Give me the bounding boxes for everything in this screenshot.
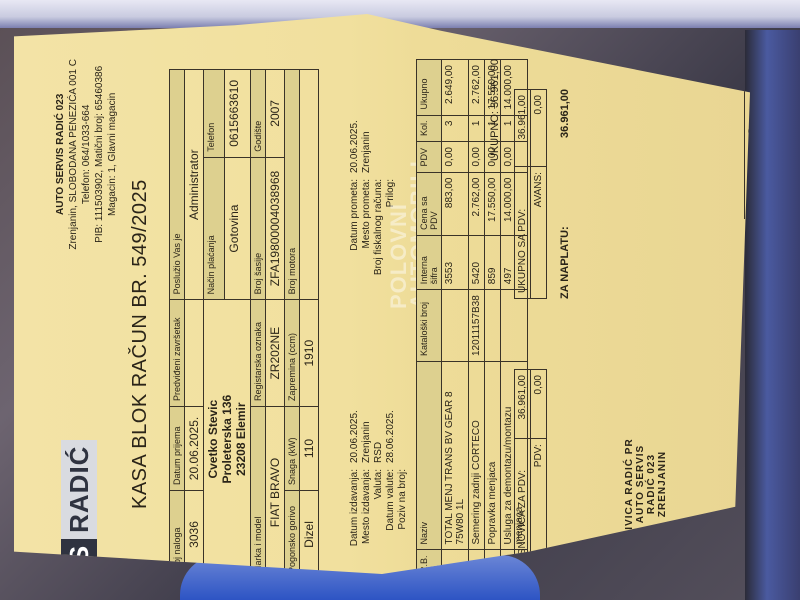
label-pogonsko-gorivo: Pogonsko gorivo [285, 490, 300, 578]
datum-valute-label: Datum valute: [385, 463, 397, 559]
receipt-paper: AS RADIĆ AUTO SERVIS RADIĆ 023 Zrenjanin… [14, 14, 750, 574]
telefon: 0615663610 [224, 70, 250, 158]
document-title: KASA BLOK RAČUN BR. 549/2025 [129, 179, 152, 509]
broj-motora [300, 70, 319, 300]
label-snaga: Snaga (kW) [285, 407, 300, 491]
col-ukupno: Ukupno [417, 60, 442, 116]
items-table: R.B. Naziv Kataloški broj Interna šifra … [416, 59, 528, 579]
pdv: 0,00 [442, 142, 469, 172]
pdv-value: 0,00 [531, 370, 547, 439]
company-info: AUTO SERVIS RADIĆ 023 Zrenjanin, SLOBODA… [54, 59, 119, 250]
company-address: Zrenjanin, SLOBODANA PENEZIĆA 001 C [67, 59, 80, 250]
registarska-oznaka: ZR202NE [266, 300, 285, 407]
col-kol: Kol. [417, 115, 442, 142]
sifra: 859 [485, 235, 501, 289]
broj-sasije: ZFA19800004038968 [266, 157, 285, 300]
label-broj-motora: Broj motora [285, 70, 300, 300]
cena: 883,00 [442, 172, 469, 235]
label-broj-sasije: Broj šasije [251, 157, 266, 300]
broj-fiskalnog-label: Broj fiskalnog računa: [373, 173, 385, 299]
col-sifra: Interna šifra [417, 235, 442, 289]
godiste: 2007 [266, 70, 285, 158]
background-edge [745, 30, 800, 600]
totals-table: UKUPNO SA PDV: 36.961,00 AVANS: 0,00 [514, 89, 547, 299]
col-katalog: Kataloški broj [417, 290, 442, 362]
company-name: AUTO SERVIS RADIĆ 023 [54, 59, 67, 250]
naziv: Semering zadnji CORTECO [469, 362, 485, 550]
logo-as: AS [61, 539, 97, 589]
ukupno: 2.649,00 [442, 60, 469, 116]
zapremina: 1910 [300, 300, 319, 407]
company-logo: AS RADIĆ [59, 439, 99, 589]
table-row: 1 TOTAL MENJ TRANS BV GEAR 8 75W80 1L 35… [442, 60, 469, 579]
naziv: TOTAL MENJ TRANS BV GEAR 8 75W80 1L [442, 362, 469, 550]
stamp-line: RADIĆ 023 [646, 419, 657, 549]
sifra: 3553 [442, 235, 469, 289]
poziv-na-broj-label: Poziv na broj: [397, 463, 409, 559]
tax-base-table: OSNOVICA ZA PDV: 36.961,00 PDV: 0,00 [514, 369, 547, 569]
label-datum-prijema: Datum prijema [170, 407, 185, 491]
mesto-izdavanja-label: Mesto izdavanja: [361, 463, 373, 559]
datum-prometa: 20.06.2025. [349, 120, 361, 173]
stamp-line: ZRENJANIN [657, 419, 668, 549]
label-posluzio: Poslužio Vas je [170, 70, 185, 300]
marka-model: FIAT BRAVO [266, 407, 285, 579]
osnovica-value: 36.961,00 [515, 370, 531, 439]
datum-valute: 28.06.2025. [385, 410, 397, 463]
cena: 2.762,00 [469, 172, 485, 235]
katalog: 12011157B38 [469, 290, 485, 362]
label-telefon: Telefon [204, 70, 225, 158]
label-registarska-oznaka: Registarska oznaka [251, 300, 266, 407]
company-ids: PIB: 111503902, Matični broj: 65460386 [93, 59, 106, 250]
datum-izdavanja: 20.06.2025. [349, 410, 361, 463]
col-naziv: Naziv [417, 362, 442, 550]
company-warehouse: Magacin: 1, Glavni magacin [106, 59, 119, 250]
mesto-prometa-label: Mesto prometa: [361, 173, 373, 299]
katalog [501, 290, 528, 362]
katalog [442, 290, 469, 362]
predvidjeni-zavrsetak [185, 300, 204, 407]
label-broj-naloga: Broj naloga [170, 490, 185, 578]
company-stamp: IVICA RADIĆ PR AUTO SERVIS RADIĆ 023 ZRE… [624, 419, 668, 549]
receipt-document: AS RADIĆ AUTO SERVIS RADIĆ 023 Zrenjanin… [44, 39, 774, 599]
pogonsko-gorivo: Dizel [300, 490, 319, 578]
snaga: 110 [300, 407, 319, 491]
label-godiste: Godište [251, 70, 266, 158]
nacin-placanja: Gotovina [224, 157, 250, 300]
customer-city: 23208 Elemir [234, 305, 248, 573]
naziv: Popravka menjaca [485, 362, 501, 550]
pdv: 0,00 [469, 142, 485, 172]
customer-block: Cvetko Stevic Proleterska 136 23208 Elem… [204, 300, 251, 579]
valuta-label: Valuta: [373, 463, 385, 559]
col-cena: Cena sa PDV [417, 172, 442, 235]
za-naplatu-label: ZA NAPLATU: [559, 226, 571, 299]
stamp-line: IVICA RADIĆ PR [624, 419, 635, 549]
mesto-prometa: Zrenjanin [361, 131, 373, 173]
katalog [485, 290, 501, 362]
avans-label: AVANS: [531, 167, 547, 299]
za-naplatu-value: 36.961,00 [559, 89, 571, 138]
kol: 1 [469, 115, 485, 142]
datum-izdavanja-label: Datum izdavanja: [349, 463, 361, 559]
cena: 17.550,00 [485, 172, 501, 235]
company-phone: Telefon: 064/1033-664 [80, 59, 93, 250]
logo-radic: RADIĆ [61, 440, 97, 539]
customer-name: Cvetko Stevic [206, 305, 220, 573]
customer-street: Proleterska 136 [220, 305, 234, 573]
mesto-izdavanja: Zrenjanin [361, 421, 373, 463]
osnovica-label: OSNOVICA ZA PDV: [515, 439, 531, 569]
table-row: 2 Semering zadnji CORTECO 12011157B38 54… [469, 60, 485, 579]
sifra: 5420 [469, 235, 485, 289]
label-zapremina: Zapremina (ccm) [285, 300, 300, 407]
amount-due: ZA NAPLATU: 36.961,00 [559, 89, 571, 299]
datum-prijema: 20.06.2025. [185, 407, 204, 491]
col-pdv: PDV [417, 142, 442, 172]
datum-prometa-label: Datum prometa: [349, 173, 361, 299]
kol: 3 [442, 115, 469, 142]
issue-dates: Datum izdavanja:20.06.2025. Mesto izdava… [349, 410, 409, 559]
stamp-line: AUTO SERVIS [635, 419, 646, 549]
label-predvidjeni-zavrsetak: Predviđeni završetak [170, 300, 185, 407]
avans-value: 0,00 [531, 90, 547, 167]
pdv-label: PDV: [531, 439, 547, 569]
ukupno-sa-pdv-value: 36.961,00 [515, 90, 531, 167]
order-info-table: Broj naloga Datum prijema Predviđeni zav… [169, 69, 319, 579]
ukupno-sa-pdv-label: UKUPNO SA PDV: [515, 167, 531, 299]
label-nacin-placanja: Način plaćanja [204, 157, 225, 300]
label-marka-model: Marka i model [251, 407, 266, 579]
items-total: UKUPNO: 36.961,00 [489, 59, 501, 161]
posluzio: Administrator [185, 70, 204, 300]
ukupno: 2.762,00 [469, 60, 485, 116]
valuta: RSD [373, 442, 385, 463]
